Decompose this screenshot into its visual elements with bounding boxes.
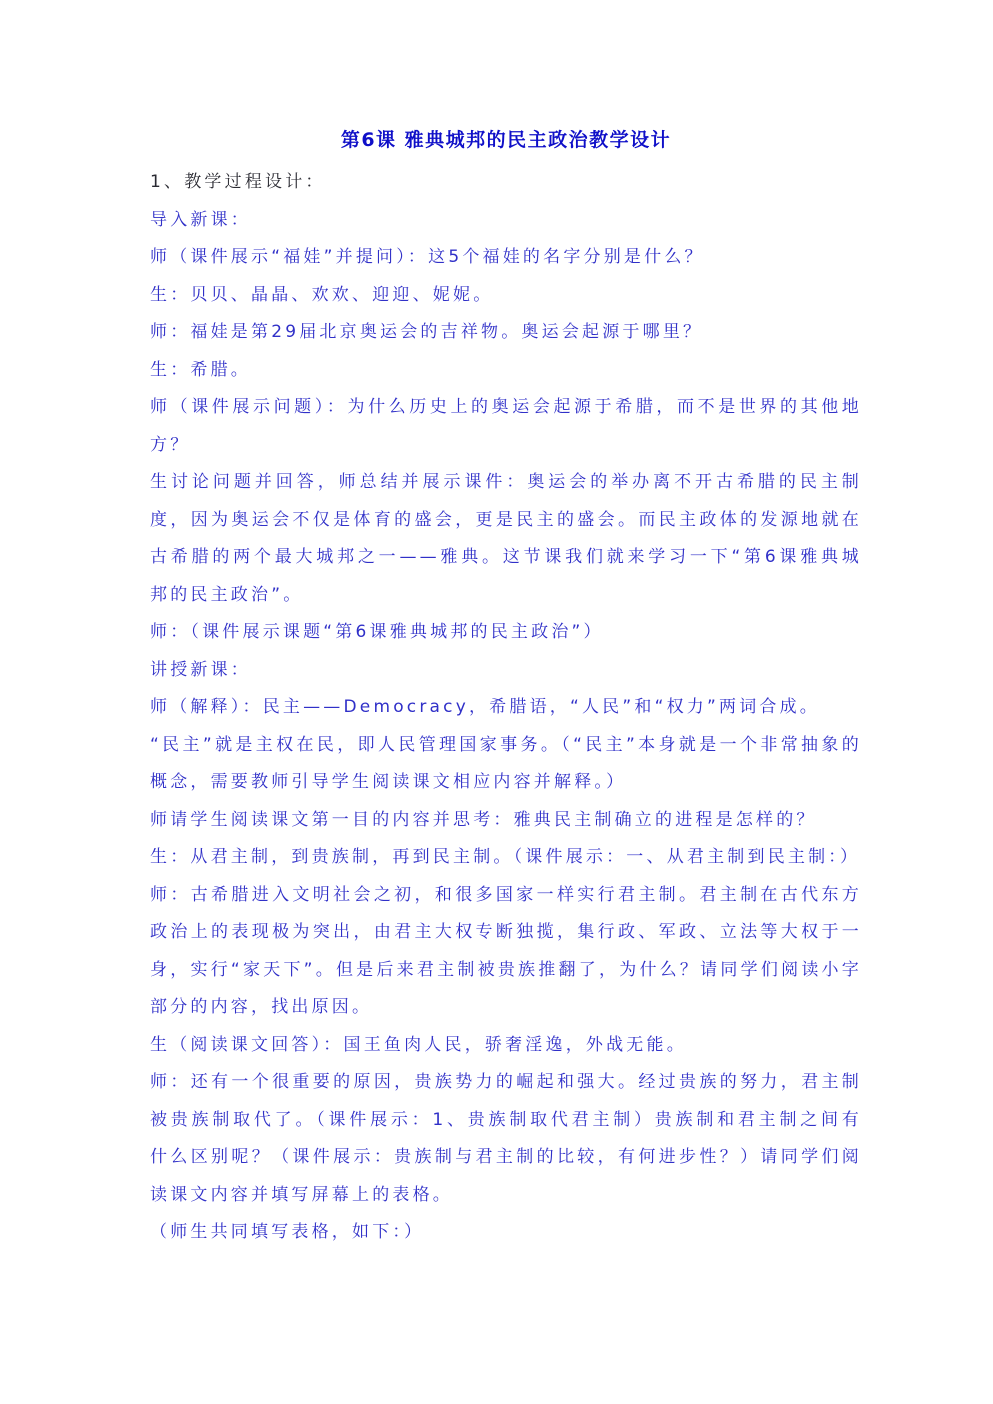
paragraph: 1、教学过程设计：: [150, 164, 862, 202]
paragraph: 师：还有一个很重要的原因，贵族势力的崛起和强大。经过贵族的努力，君主制被贵族制取…: [150, 1064, 862, 1214]
paragraph: 生讨论问题并回答，师总结并展示课件：奥运会的举办离不开古希腊的民主制度，因为奥运…: [150, 464, 862, 614]
document-title: 第6课 雅典城邦的民主政治教学设计: [150, 126, 862, 154]
document-page: 第6课 雅典城邦的民主政治教学设计 1、教学过程设计： 导入新课： 师（课件展示…: [0, 0, 993, 1404]
paragraph: 师（课件展示问题）：为什么历史上的奥运会起源于希腊，而不是世界的其他地方？: [150, 389, 862, 464]
document-body: 1、教学过程设计： 导入新课： 师（课件展示“福娃”并提问）：这5个福娃的名字分…: [150, 164, 862, 1252]
paragraph: 导入新课：: [150, 202, 862, 240]
paragraph: “民主”就是主权在民，即人民管理国家事务。（“民主”本身就是一个非常抽象的概念，…: [150, 727, 862, 802]
paragraph: 师：（课件展示课题“第6课雅典城邦的民主政治”）: [150, 614, 862, 652]
paragraph: 生：从君主制，到贵族制，再到民主制。（课件展示：一、从君主制到民主制：）: [150, 839, 862, 877]
paragraph: 生：贝贝、晶晶、欢欢、迎迎、妮妮。: [150, 277, 862, 315]
paragraph: 生：希腊。: [150, 352, 862, 390]
paragraph: 生（阅读课文回答）：国王鱼肉人民，骄奢淫逸，外战无能。: [150, 1027, 862, 1065]
paragraph: 师：古希腊进入文明社会之初，和很多国家一样实行君主制。君主制在古代东方政治上的表…: [150, 877, 862, 1027]
paragraph: 讲授新课：: [150, 652, 862, 690]
paragraph: 师（解释）：民主——Democracy，希腊语，“人民”和“权力”两词合成。: [150, 689, 862, 727]
paragraph: （师生共同填写表格，如下：）: [150, 1214, 862, 1252]
paragraph: 师（课件展示“福娃”并提问）：这5个福娃的名字分别是什么？: [150, 239, 862, 277]
paragraph: 师请学生阅读课文第一目的内容并思考：雅典民主制确立的进程是怎样的？: [150, 802, 862, 840]
paragraph: 师：福娃是第29届北京奥运会的吉祥物。奥运会起源于哪里？: [150, 314, 862, 352]
